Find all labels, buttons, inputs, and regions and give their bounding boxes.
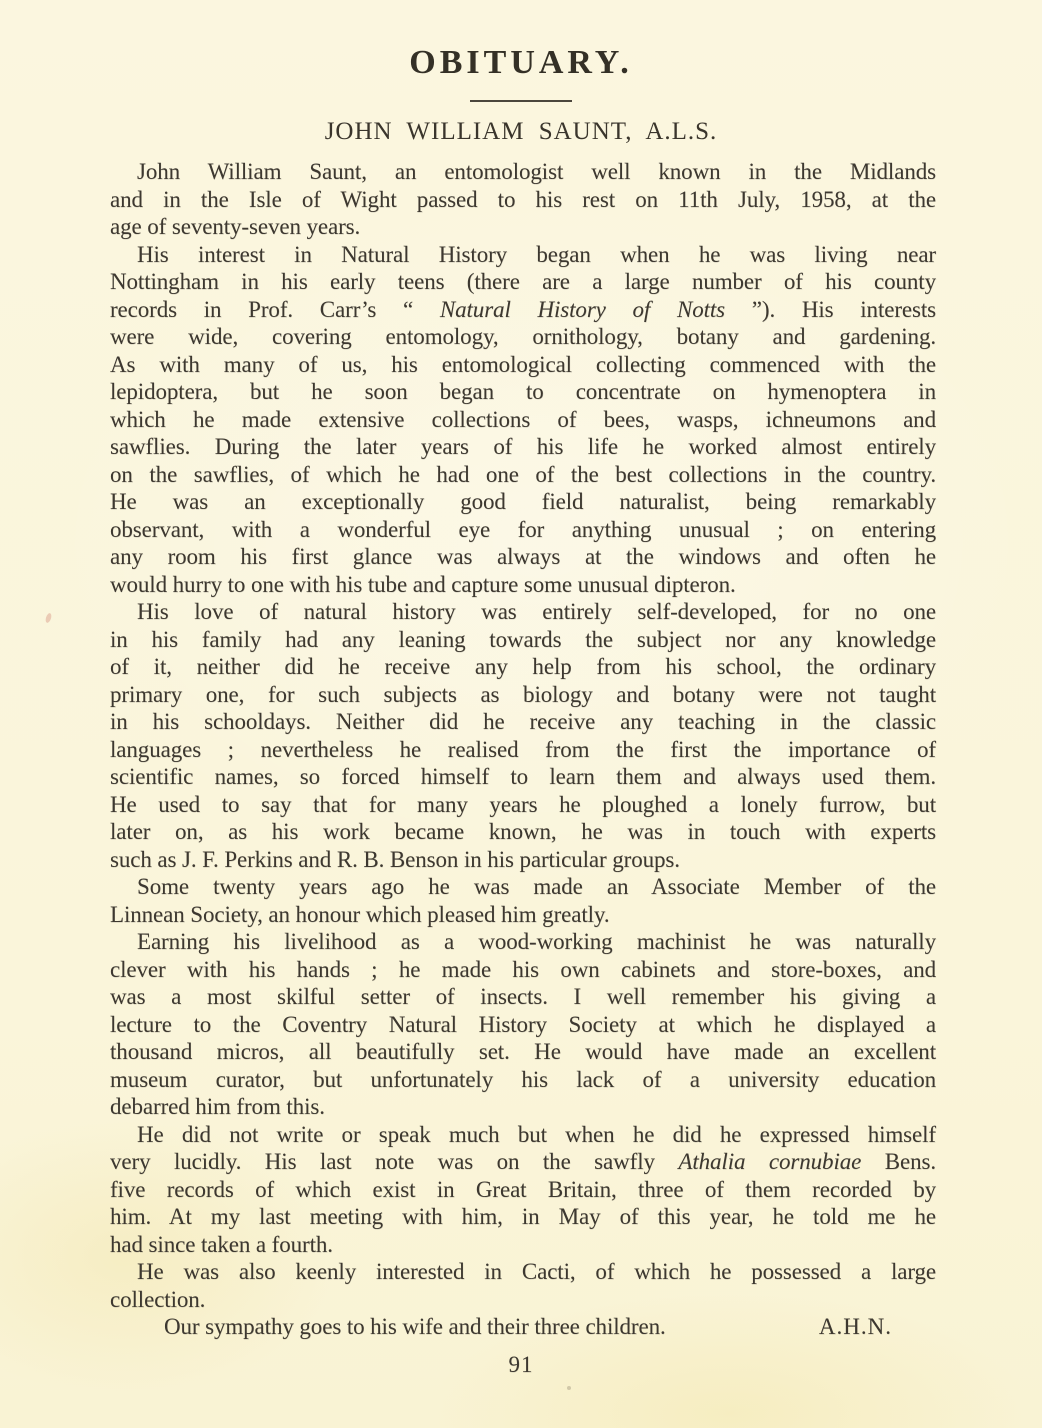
text-line: lepidoptera, but he soon began to concen… xyxy=(110,378,936,406)
author-initials: A.H.N. xyxy=(792,1313,936,1341)
text-line: him. At my last meeting with him, in May… xyxy=(110,1203,936,1231)
text-line: were wide, covering entomology, ornithol… xyxy=(110,323,936,351)
text-line: Our sympathy goes to his wife and their … xyxy=(110,1313,936,1341)
page-number: 91 xyxy=(0,1352,1042,1378)
paragraph: Earning his livelihood as a wood-working… xyxy=(110,928,936,1121)
text-line: museum curator, but unfortunately his la… xyxy=(110,1066,936,1094)
text-line: was a most skilful setter of insects. I … xyxy=(110,983,936,1011)
text-line: in his schooldays. Neither did he receiv… xyxy=(110,708,936,736)
text-line: five records of which exist in Great Bri… xyxy=(110,1176,936,1204)
text-line: Some twenty years ago he was made an Ass… xyxy=(110,873,936,901)
scan-speck xyxy=(567,1386,571,1390)
text-line: As with many of us, his entomological co… xyxy=(110,351,936,379)
paragraph: His interest in Natural History began wh… xyxy=(110,241,936,599)
paragraph: His love of natural history was entirely… xyxy=(110,598,936,873)
obituary-body: John William Saunt, an entomologist well… xyxy=(110,158,936,1341)
obituary-heading: OBITUARY. xyxy=(0,0,1042,82)
text-line: He was also keenly interested in Cacti, … xyxy=(110,1258,936,1286)
text-line: which he made extensive collections of b… xyxy=(110,406,936,434)
text-line: of it, neither did he receive any help f… xyxy=(110,653,936,681)
text-line: His interest in Natural History began wh… xyxy=(110,241,936,269)
scan-speck xyxy=(45,612,53,623)
text-line: thousand micros, all beautifully set. He… xyxy=(110,1038,936,1066)
text-line: debarred him from this. xyxy=(110,1093,936,1121)
text-line: scientific names, so forced himself to l… xyxy=(110,763,936,791)
text-line: languages ; nevertheless he realised fro… xyxy=(110,736,936,764)
text-line: Linnean Society, an honour which pleased… xyxy=(110,901,936,929)
text-line: on the sawflies, of which he had one of … xyxy=(110,461,936,489)
text-line: records in Prof. Carr’s “ Natural Histor… xyxy=(110,296,936,324)
text-line: sawflies. During the later years of his … xyxy=(110,433,936,461)
text-line: He was an exceptionally good field natur… xyxy=(110,488,936,516)
text-line: later on, as his work became known, he w… xyxy=(110,818,936,846)
text-line: such as J. F. Perkins and R. B. Benson i… xyxy=(110,846,936,874)
text-line: He used to say that for many years he pl… xyxy=(110,791,936,819)
text-line: age of seventy-seven years. xyxy=(110,213,936,241)
text-line: clever with his hands ; he made his own … xyxy=(110,956,936,984)
text-line: John William Saunt, an entomologist well… xyxy=(110,158,936,186)
text-line: any room his first glance was always at … xyxy=(110,543,936,571)
paragraph: John William Saunt, an entomologist well… xyxy=(110,158,936,241)
text-line: would hurry to one with his tube and cap… xyxy=(110,571,936,599)
deceased-name-heading: JOHN WILLIAM SAUNT, A.L.S. xyxy=(0,102,1042,146)
text-line: lecture to the Coventry Natural History … xyxy=(110,1011,936,1039)
text-line: very lucidly. His last note was on the s… xyxy=(110,1148,936,1176)
scanned-page: OBITUARY. JOHN WILLIAM SAUNT, A.L.S. Joh… xyxy=(0,0,1042,1428)
text-line: primary one, for such subjects as biolog… xyxy=(110,681,936,709)
text-line: He did not write or speak much but when … xyxy=(110,1121,936,1149)
text-line: collection. xyxy=(110,1286,936,1314)
paragraph: He did not write or speak much but when … xyxy=(110,1121,936,1259)
text-line: observant, with a wonderful eye for anyt… xyxy=(110,516,936,544)
paragraph: Some twenty years ago he was made an Ass… xyxy=(110,873,936,928)
paragraph: He was also keenly interested in Cacti, … xyxy=(110,1258,936,1313)
text-line: Earning his livelihood as a wood-working… xyxy=(110,928,936,956)
text-line: in his family had any leaning towards th… xyxy=(110,626,936,654)
text-line: His love of natural history was entirely… xyxy=(110,598,936,626)
text-line: Nottingham in his early teens (there are… xyxy=(110,268,936,296)
text-line: had since taken a fourth. xyxy=(110,1231,936,1259)
text-line: and in the Isle of Wight passed to his r… xyxy=(110,186,936,214)
paragraph: Our sympathy goes to his wife and their … xyxy=(110,1313,936,1341)
